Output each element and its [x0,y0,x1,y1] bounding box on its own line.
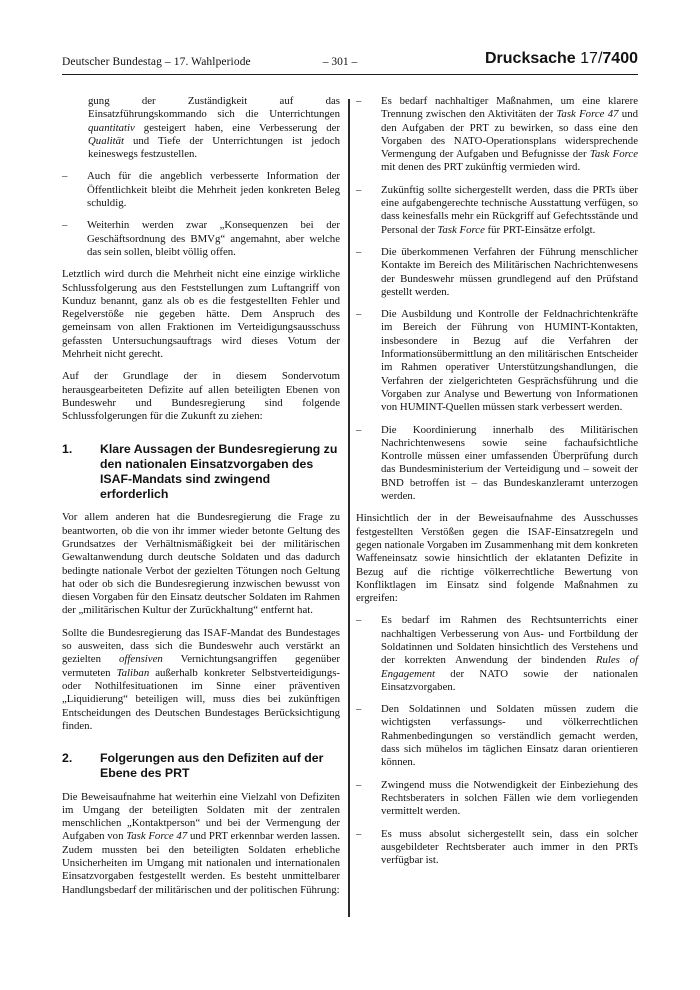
right-column: –Es bedarf nachhaltiger Maßnahmen, um ei… [356,95,638,867]
bullet-dash: – [62,219,87,259]
doc-number: Drucksache 17/7400 [485,50,638,68]
doc-number-value: 7400 [602,50,638,67]
bullet-item: –Den Soldatinnen und Soldaten müssen zud… [356,703,638,769]
bullet-item: –Es bedarf nachhaltiger Maßnahmen, um ei… [356,95,638,175]
bullet-text: Zwingend muss die Notwendigkeit der Einb… [381,779,638,819]
italic-text-run: Taliban [117,667,150,679]
section-number: 1. [62,442,100,503]
bullet-dash: – [356,184,381,237]
bullet-dash: – [356,828,381,868]
bullet-item: –Es bedarf im Rahmen des Rechtsunterrich… [356,614,638,694]
doc-number-session: 17/ [580,50,602,67]
paragraph: gung der Zuständigkeit auf das Einsatzfü… [62,95,340,161]
section-heading: 1.Klare Aussagen der Bundesregierung zu … [62,442,340,503]
text-run: Den Soldatinnen und Soldaten müssen zude… [381,703,638,768]
bullet-item: –Die Koordinierung innerhalb des Militär… [356,424,638,504]
bullet-text: Es bedarf im Rahmen des Rechtsunterricht… [381,614,638,694]
italic-text-run: Task Force 47 [126,830,187,842]
bullet-text: Auch für die angeblich verbesserte Infor… [87,170,340,210]
paragraph: Hinsichtlich der in der Beweisaufnahme d… [356,512,638,605]
italic-text-run: Task Force [437,224,484,236]
bullet-item: –Die Ausbildung und Kontrolle der Feldna… [356,308,638,414]
bullet-text: Die überkommenen Verfahren der Führung m… [381,246,638,299]
italic-text-run: quantitativ [88,122,135,134]
section-heading: 2.Folgerungen aus den Defiziten auf der … [62,751,340,781]
section-number: 2. [62,751,100,781]
text-run: Die Ausbildung und Kontrolle der Feldnac… [381,308,638,413]
bullet-item: –Zwingend muss die Notwendigkeit der Ein… [356,779,638,819]
bullet-dash: – [356,246,381,299]
text-run: und Tiefe der Unterrichtungen ist jedoch… [88,135,340,160]
text-run: Die überkommenen Verfahren der Führung m… [381,246,638,298]
bullet-text: Es bedarf nachhaltiger Maßnahmen, um ein… [381,95,638,175]
bullet-text: Es muss absolut sichergestellt sein, das… [381,828,638,868]
bullet-dash: – [356,703,381,769]
paragraph: Vor allem anderen hat die Bundesregierun… [62,511,340,617]
text-run: Auf der Grundlage der in diesem Sondervo… [62,370,340,422]
text-run: Letztlich wird durch die Mehrheit nicht … [62,268,340,360]
italic-text-run: Qualität [88,135,124,147]
left-column: gung der Zuständigkeit auf das Einsatzfü… [62,95,340,897]
text-run: Weiterhin werden zwar „Konsequenzen bei … [87,219,340,258]
bullet-dash: – [62,170,87,210]
text-run: für PRT-Einsätze erfolgt. [485,224,596,236]
text-run: Vor allem anderen hat die Bundesregierun… [62,511,340,616]
bullet-text: Den Soldatinnen und Soldaten müssen zude… [381,703,638,769]
section-title: Folgerungen aus den Defiziten auf der Eb… [100,751,340,781]
bullet-item: –Auch für die angeblich verbesserte Info… [62,170,340,210]
italic-text-run: Task Force 47 [556,108,618,120]
page-number: – 301 – [270,56,410,68]
bullet-text: Zukünftig sollte sichergestellt werden, … [381,184,638,237]
bullet-text: Weiterhin werden zwar „Konsequenzen bei … [87,219,340,259]
bullet-dash: – [356,779,381,819]
italic-text-run: offensiven [119,653,163,665]
doc-label: Drucksache [485,50,576,67]
header-left-title: Deutscher Bundestag – 17. Wahlperiode [62,56,251,68]
document-page: Deutscher Bundestag – 17. Wahlperiode – … [0,0,700,990]
bullet-text: Die Ausbildung und Kontrolle der Feldnac… [381,308,638,414]
text-run: Die Koordinierung innerhalb des Militäri… [381,424,638,502]
paragraph: Auf der Grundlage der in diesem Sondervo… [62,370,340,423]
section-title: Klare Aussagen der Bundesregierung zu de… [100,442,340,503]
text-run: mit denen des PRT zukünftig vermieden wi… [381,161,580,173]
paragraph: Letztlich wird durch die Mehrheit nicht … [62,268,340,361]
paragraph: Sollte die Bundesregierung das ISAF-Mand… [62,627,340,733]
bullet-text: Die Koordinierung innerhalb des Militäri… [381,424,638,504]
text-run: gung der Zuständigkeit auf das Einsatzfü… [88,95,340,120]
paragraph: Die Beweisaufnahme hat weiterhin eine Vi… [62,791,340,897]
bullet-dash: – [356,95,381,175]
bullet-item: –Zukünftig sollte sichergestellt werden,… [356,184,638,237]
bullet-item: –Die überkommenen Verfahren der Führung … [356,246,638,299]
bullet-item: –Weiterhin werden zwar „Konsequenzen bei… [62,219,340,259]
text-run: gesteigert haben, eine Verbesserung der [135,122,340,134]
text-run: Es muss absolut sichergestellt sein, das… [381,828,638,867]
bullet-dash: – [356,308,381,414]
text-run: Auch für die angeblich verbesserte Infor… [87,170,340,209]
text-run: Zwingend muss die Notwendigkeit der Einb… [381,779,638,818]
text-run: Hinsichtlich der in der Beweisaufnahme d… [356,512,638,604]
column-divider [348,99,350,917]
header-rule [62,74,638,75]
bullet-dash: – [356,424,381,504]
italic-text-run: Task Force [590,148,638,160]
bullet-dash: – [356,614,381,694]
bullet-item: –Es muss absolut sichergestellt sein, da… [356,828,638,868]
